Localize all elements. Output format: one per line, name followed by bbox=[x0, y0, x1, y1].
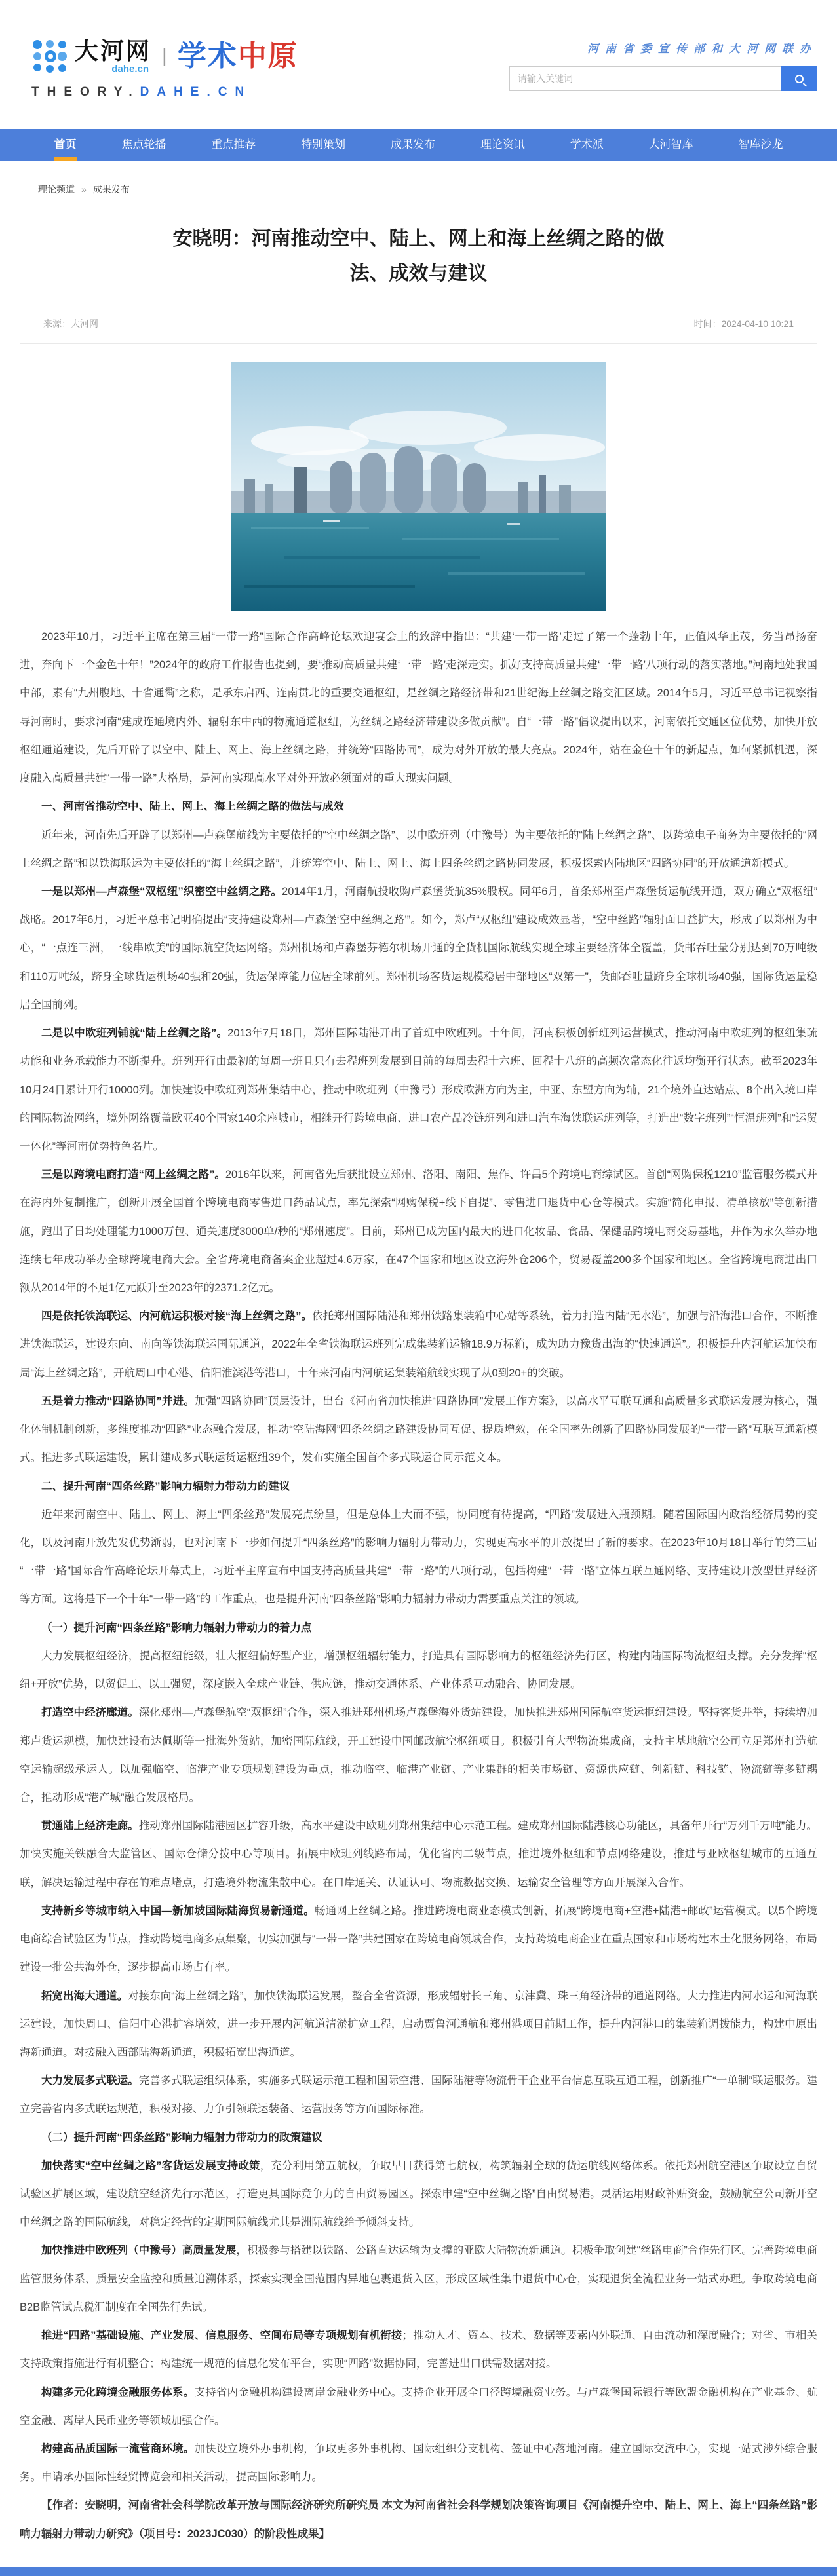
paragraph-lead: 打造空中经济廊道。 bbox=[41, 1707, 139, 1718]
search-button[interactable] bbox=[781, 66, 817, 91]
breadcrumb: 理论频道»成果发布 bbox=[0, 161, 837, 202]
active-tab-indicator bbox=[54, 157, 77, 161]
paragraph: 一是以郑州—卢森堡“双枢纽”织密空中丝绸之路。2014年1月，河南航投收购卢森堡… bbox=[20, 878, 817, 1019]
search-box bbox=[509, 66, 817, 91]
page: 大河网 dahe.cn | 学术中原 THEORY.DAHE.CN 河南省委宣传… bbox=[0, 0, 837, 2576]
nav-item-2[interactable]: 焦点轮播 bbox=[117, 129, 170, 161]
logo-block[interactable]: 大河网 dahe.cn | 学术中原 THEORY.DAHE.CN bbox=[31, 38, 298, 129]
dahe-dots-logo-icon bbox=[31, 38, 68, 75]
nav-item-5[interactable]: 成果发布 bbox=[387, 129, 439, 161]
search-icon bbox=[795, 75, 804, 83]
nav-item-7[interactable]: 学术派 bbox=[566, 129, 608, 161]
site-subtitle: THEORY.DAHE.CN bbox=[31, 85, 298, 100]
main-nav: 首页焦点轮播重点推荐特别策划成果发布理论资讯学术派大河智库智库沙龙 bbox=[0, 129, 837, 161]
article-source: 来源：大河网 bbox=[43, 317, 98, 330]
section-logo: 学术中原 bbox=[178, 42, 298, 71]
header-slogan: 河南省委宣传部和大河网联办 bbox=[587, 39, 817, 56]
paragraph-lead: 加快推进中欧班列（中豫号）高质量发展 bbox=[41, 2245, 236, 2256]
search-input[interactable] bbox=[509, 66, 781, 91]
paragraph-lead: 推进“四路”基础设施、产业发展、信息服务、空间布局等专项规划有机衔接 bbox=[41, 2330, 402, 2341]
paragraph: 大力发展多式联运。完善多式联运组织体系，实施多式联运示范工程和国际空港、国际陆港… bbox=[20, 2067, 817, 2123]
paragraph-lead: 三是以跨境电商打造“网上丝绸之路”。 bbox=[41, 1169, 225, 1181]
paragraph: 2023年10月，习近平主席在第三届“一带一路”国际合作高峰论坛欢迎宴会上的致辞… bbox=[20, 623, 817, 793]
paragraph-lead: 加快落实“空中丝绸之路”客货运发展支持政策 bbox=[41, 2160, 260, 2172]
sub-heading: （二）提升河南“四条丝路”影响力辐射力带动力的政策建议 bbox=[20, 2124, 817, 2152]
paragraph: 拓宽出海大通道。对接东向“海上丝绸之路”，加快铁海联运发展，整合全省资源，形成辐… bbox=[20, 1982, 817, 2068]
footer-bar bbox=[0, 2567, 837, 2576]
paragraph: 加快落实“空中丝绸之路”客货运发展支持政策，充分利用第五航权，争取早日获得第七航… bbox=[20, 2152, 817, 2237]
section-heading: 二、提升河南“四条丝路”影响力辐射力带动力的建议 bbox=[20, 1473, 817, 1501]
section-heading: 一、河南省推动空中、陆上、网上、海上丝绸之路的做法与成效 bbox=[20, 793, 817, 821]
site-name: 大河网 bbox=[75, 39, 151, 63]
article-title: 安晓明：河南推动空中、陆上、网上和海上丝绸之路的做法、成效与建议 bbox=[157, 222, 681, 291]
logo-divider: | bbox=[162, 45, 167, 67]
breadcrumb-item-1[interactable]: 理论频道 bbox=[38, 184, 75, 195]
paragraph-lead: 构建多元化跨境金融服务体系。 bbox=[41, 2387, 195, 2398]
nav-item-8[interactable]: 大河智库 bbox=[645, 129, 697, 161]
author-note: 【作者：安晓明，河南省社会科学院改革开放与国际经济研究所研究员 本文为河南省社会… bbox=[20, 2491, 817, 2548]
paragraph: 构建高品质国际一流营商环境。加快设立境外办事机构，争取更多外事机构、国际组织分支… bbox=[20, 2435, 817, 2491]
paragraph: 近年来河南空中、陆上、网上、海上“四条丝路”发展亮点纷呈，但是总体上大而不强，协… bbox=[20, 1501, 817, 1614]
nav-item-6[interactable]: 理论资讯 bbox=[477, 129, 529, 161]
paragraph: 支持新乡等城市纳入中国—新加坡国际陆海贸易新通道。畅通网上丝绸之路。推进跨境电商… bbox=[20, 1897, 817, 1982]
paragraph: 构建多元化跨境金融服务体系。支持省内金融机构建设离岸金融业务中心。支持企业开展全… bbox=[20, 2379, 817, 2435]
nav-item-9[interactable]: 智库沙龙 bbox=[735, 129, 787, 161]
paragraph: 近年来，河南先后开辟了以郑州—卢森堡航线为主要依托的“空中丝绸之路”、以中欧班列… bbox=[20, 822, 817, 878]
paragraph: 二是以中欧班列铺就“陆上丝绸之路”。2013年7月18日，郑州国际陆港开出了首班… bbox=[20, 1019, 817, 1161]
paragraph-lead: 五是着力推动“四路协同”并进。 bbox=[41, 1395, 195, 1407]
nav-item-4[interactable]: 特别策划 bbox=[297, 129, 349, 161]
paragraph: 三是以跨境电商打造“网上丝绸之路”。2016年以来，河南省先后获批设立郑州、洛阳… bbox=[20, 1161, 817, 1302]
paragraph-lead: 贯通陆上经济走廊。 bbox=[41, 1820, 139, 1832]
site-header: 大河网 dahe.cn | 学术中原 THEORY.DAHE.CN 河南省委宣传… bbox=[0, 0, 837, 129]
paragraph-lead: 四是依托铁海联运、内河航运积极对接“海上丝绸之路”。 bbox=[41, 1310, 312, 1322]
article-image bbox=[231, 362, 606, 611]
paragraph-lead: 大力发展多式联运。 bbox=[41, 2075, 139, 2087]
article: 安晓明：河南推动空中、陆上、网上和海上丝绸之路的做法、成效与建议 来源：大河网 … bbox=[0, 202, 837, 2567]
paragraph: 五是着力推动“四路协同”并进。加强“四路协同”顶层设计，出台《河南省加快推进“四… bbox=[20, 1388, 817, 1473]
site-domain: dahe.cn bbox=[111, 64, 149, 74]
article-meta: 来源：大河网 时间：2024-04-10 10:21 bbox=[20, 317, 817, 344]
paragraph: 推进“四路”基础设施、产业发展、信息服务、空间布局等专项规划有机衔接；推动人才、… bbox=[20, 2322, 817, 2378]
breadcrumb-item-2[interactable]: 成果发布 bbox=[93, 184, 130, 195]
paragraph-lead: 支持新乡等城市纳入中国—新加坡国际陆海贸易新通道。 bbox=[41, 1905, 315, 1917]
nav-item-1[interactable]: 首页 bbox=[50, 129, 81, 161]
paragraph-lead: 构建高品质国际一流营商环境。 bbox=[41, 2443, 195, 2455]
paragraph-lead: 二是以中欧班列铺就“陆上丝绸之路”。 bbox=[41, 1027, 227, 1039]
sub-heading: （一）提升河南“四条丝路”影响力辐射力带动力的着力点 bbox=[20, 1614, 817, 1642]
paragraph-lead: 一是以郑州—卢森堡“双枢纽”织密空中丝绸之路。 bbox=[41, 886, 282, 898]
paragraph: 打造空中经济廊道。深化郑州—卢森堡航空“双枢纽”合作，深入推进郑州机场卢森堡海外… bbox=[20, 1699, 817, 1812]
paragraph-lead: 拓宽出海大通道。 bbox=[41, 1990, 128, 2002]
main-nav-items: 首页焦点轮播重点推荐特别策划成果发布理论资讯学术派大河智库智库沙龙 bbox=[32, 129, 806, 161]
nav-item-3[interactable]: 重点推荐 bbox=[207, 129, 260, 161]
paragraph: 四是依托铁海联运、内河航运积极对接“海上丝绸之路”。依托郑州国际陆港和郑州铁路集… bbox=[20, 1302, 817, 1388]
paragraph: 大力发展枢纽经济，提高枢纽能级，壮大枢纽偏好型产业，增强枢纽辐射能力，打造具有国… bbox=[20, 1642, 817, 1699]
article-body: 2023年10月，习近平主席在第三届“一带一路”国际合作高峰论坛欢迎宴会上的致辞… bbox=[20, 623, 817, 2567]
paragraph: 贯通陆上经济走廊。推动郑州国际陆港园区扩容升级，高水平建设中欧班列郑州集结中心示… bbox=[20, 1812, 817, 1897]
article-time: 时间：2024-04-10 10:21 bbox=[693, 317, 794, 330]
header-right: 河南省委宣传部和大河网联办 bbox=[509, 38, 817, 129]
breadcrumb-separator: » bbox=[81, 184, 87, 195]
paragraph: 加快推进中欧班列（中豫号）高质量发展，积极参与搭建以铁路、公路直达运输为支撑的亚… bbox=[20, 2237, 817, 2322]
